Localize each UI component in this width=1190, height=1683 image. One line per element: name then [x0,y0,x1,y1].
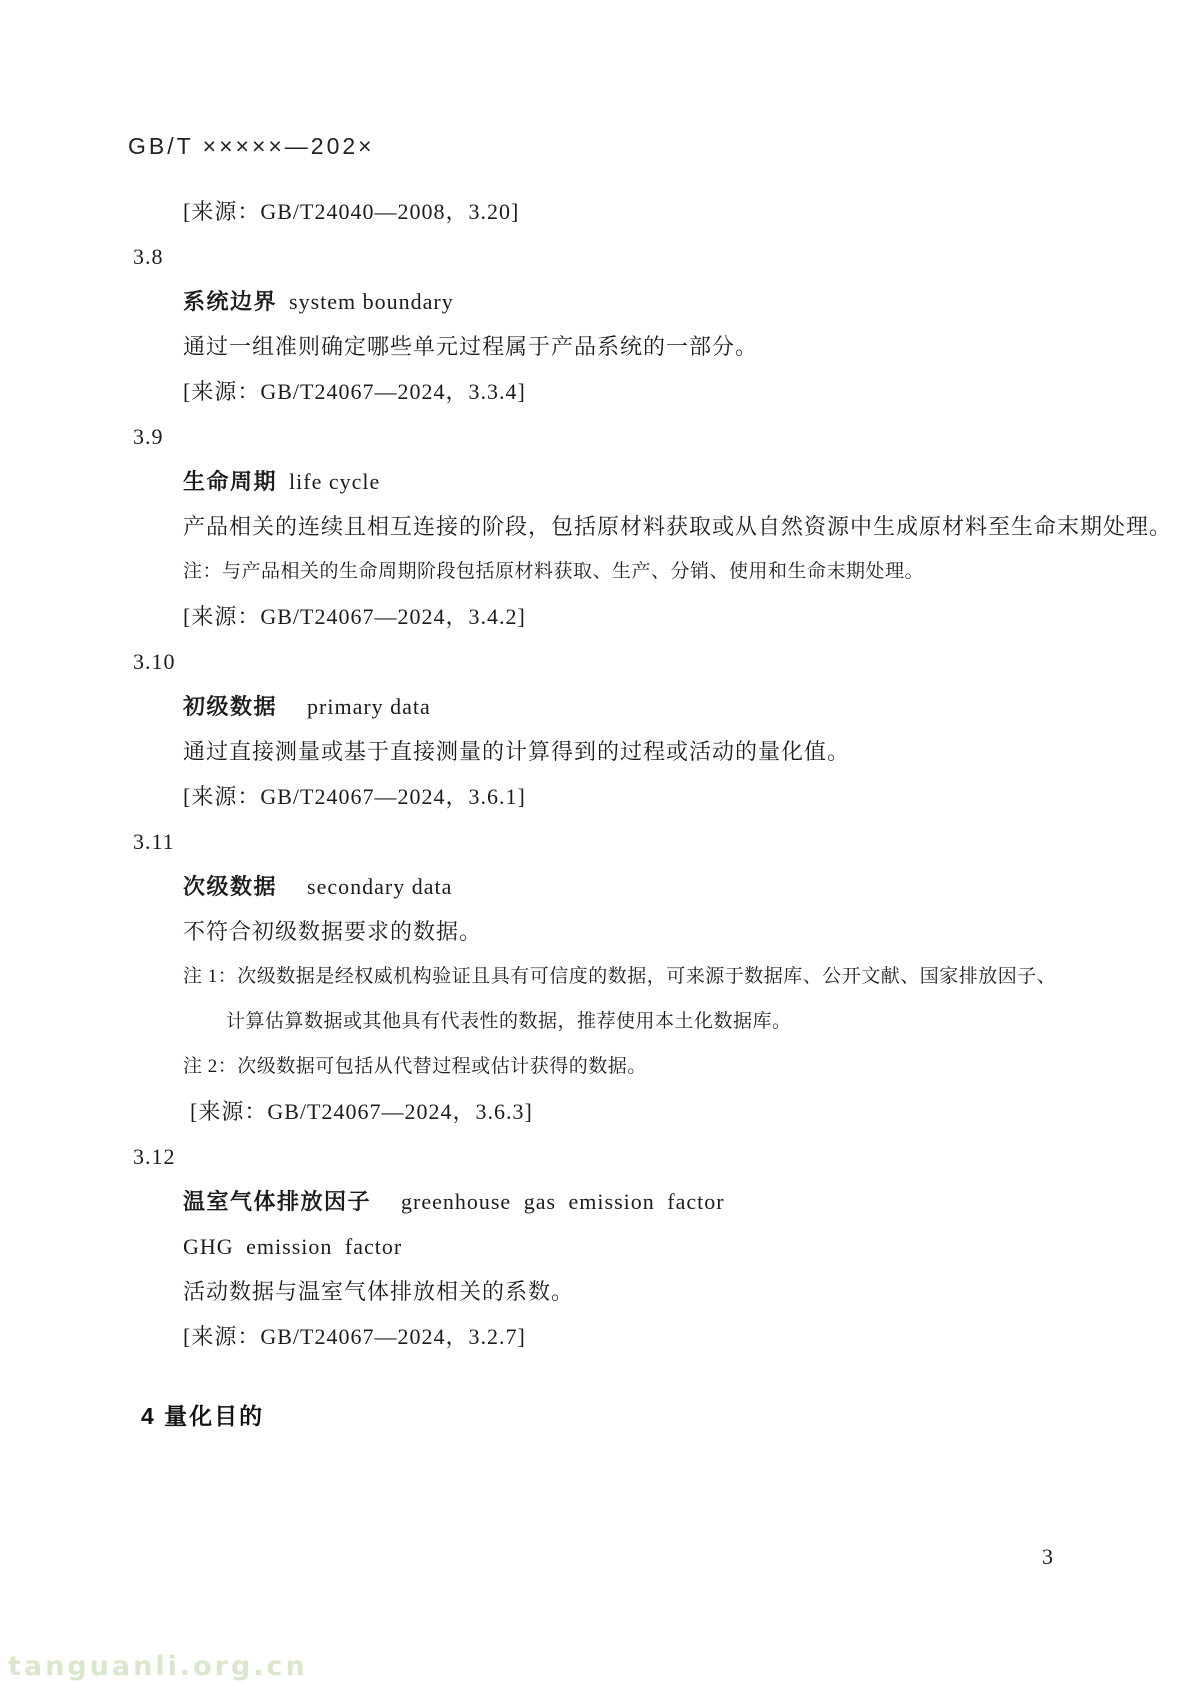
term-line-3-12: 温室气体排放因子greenhouse gas emission factor [133,1179,1173,1224]
source-reference-3-11: [来源：GB/T24067—2024，3.6.3] [133,1089,1173,1134]
doc-code-header: GB/T ×××××—202× [128,133,375,160]
term-zh-3-12: 温室气体排放因子 [183,1189,371,1214]
term-en-3-11: secondary data [307,874,452,899]
term-zh-3-9: 生命周期 [183,469,277,494]
definition-3-12: 活动数据与温室气体排放相关的系数。 [133,1269,1173,1314]
source-reference-3-12: [来源：GB/T24067—2024，3.2.7] [133,1314,1173,1359]
definition-3-11: 不符合初级数据要求的数据。 [133,909,1173,954]
term-zh-3-8: 系统边界 [183,289,277,314]
term-en-line2-3-12: GHG emission factor [133,1224,1173,1269]
page-content: [来源：GB/T24040—2008，3.20] 3.8 系统边界system … [133,189,1173,1439]
term-line-3-10: 初级数据primary data [133,684,1173,729]
term-en-3-8: system boundary [289,289,454,314]
term-en-3-9: life cycle [289,469,380,494]
definition-3-10: 通过直接测量或基于直接测量的计算得到的过程或活动的量化值。 [133,729,1173,774]
note1-line2-3-11: 计算估算数据或其他具有代表性的数据，推荐使用本土化数据库。 [133,999,1173,1044]
source-reference-3-8: [来源：GB/T24067—2024，3.3.4] [133,369,1173,414]
watermark: tanguanli.org.cn [8,1651,308,1682]
source-reference-3-10: [来源：GB/T24067—2024，3.6.1] [133,774,1173,819]
term-en-3-12: greenhouse gas emission factor [401,1189,725,1214]
term-line-3-11: 次级数据secondary data [133,864,1173,909]
section-number-3-10: 3.10 [133,639,1173,684]
note1-line1-3-11: 注 1：次级数据是经权威机构验证且具有可信度的数据，可来源于数据库、公开文献、国… [133,954,1173,999]
section-number-3-8: 3.8 [133,234,1173,279]
document-page: GB/T ×××××—202× [来源：GB/T24040—2008，3.20]… [0,0,1190,1683]
section-number-3-11: 3.11 [133,819,1173,864]
section-number-3-9: 3.9 [133,414,1173,459]
term-zh-3-10: 初级数据 [183,694,277,719]
note-3-9: 注：与产品相关的生命周期阶段包括原材料获取、生产、分销、使用和生命末期处理。 [133,549,1173,594]
term-zh-3-11: 次级数据 [183,874,277,899]
definition-3-8: 通过一组准则确定哪些单元过程属于产品系统的一部分。 [133,324,1173,369]
source-reference-3-7: [来源：GB/T24040—2008，3.20] [133,189,1173,234]
term-line-3-8: 系统边界system boundary [133,279,1173,324]
definition-3-9: 产品相关的连续且相互连接的阶段，包括原材料获取或从自然资源中生成原材料至生命末期… [133,504,1173,549]
clause-4-heading: 4 量化目的 [133,1394,1173,1439]
section-number-3-12: 3.12 [133,1134,1173,1179]
note2-3-11: 注 2：次级数据可包括从代替过程或估计获得的数据。 [133,1044,1173,1089]
term-en-3-10: primary data [307,694,431,719]
source-reference-3-9: [来源：GB/T24067—2024，3.4.2] [133,594,1173,639]
page-number: 3 [1042,1544,1053,1570]
term-line-3-9: 生命周期life cycle [133,459,1173,504]
